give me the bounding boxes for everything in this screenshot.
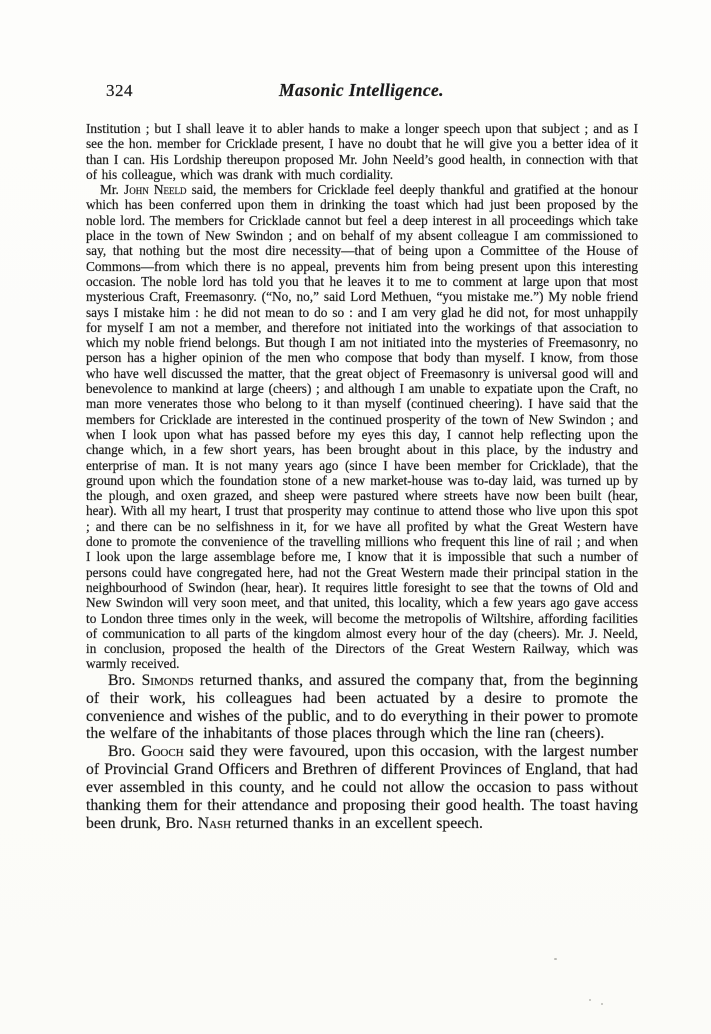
page-header: 324 Masonic Intelligence. [86, 80, 637, 104]
document-page: 324 Masonic Intelligence. Institution ; … [0, 0, 711, 1034]
text-run: returned thanks in an excellent speech. [231, 815, 483, 832]
person-name: Simonds [142, 672, 194, 689]
scan-speck [601, 1003, 603, 1005]
paragraph: Mr. John Neeld said, the members for Cri… [86, 182, 638, 672]
text-run: Mr. [100, 182, 124, 197]
paragraph: Bro. Simonds returned thanks, and assure… [86, 672, 638, 744]
person-name: John Neeld [124, 182, 186, 197]
person-name: Nash [198, 815, 231, 832]
paragraph: Institution ; but I shall leave it to ab… [86, 121, 638, 182]
scan-speck [554, 958, 557, 960]
text-run: Bro. [108, 743, 141, 760]
paragraph: Bro. Gooch said they were favoured, upon… [86, 743, 638, 833]
scan-speck [589, 999, 591, 1001]
text-run: said, the members for Cricklade feel dee… [86, 182, 638, 671]
article-body: Institution ; but I shall leave it to ab… [86, 121, 638, 833]
page-number: 324 [106, 81, 133, 101]
text-run: Institution ; but I shall leave it to ab… [86, 121, 638, 182]
text-run: Bro. [108, 672, 142, 689]
running-title: Masonic Intelligence. [86, 80, 637, 101]
person-name: Gooch [141, 743, 184, 760]
